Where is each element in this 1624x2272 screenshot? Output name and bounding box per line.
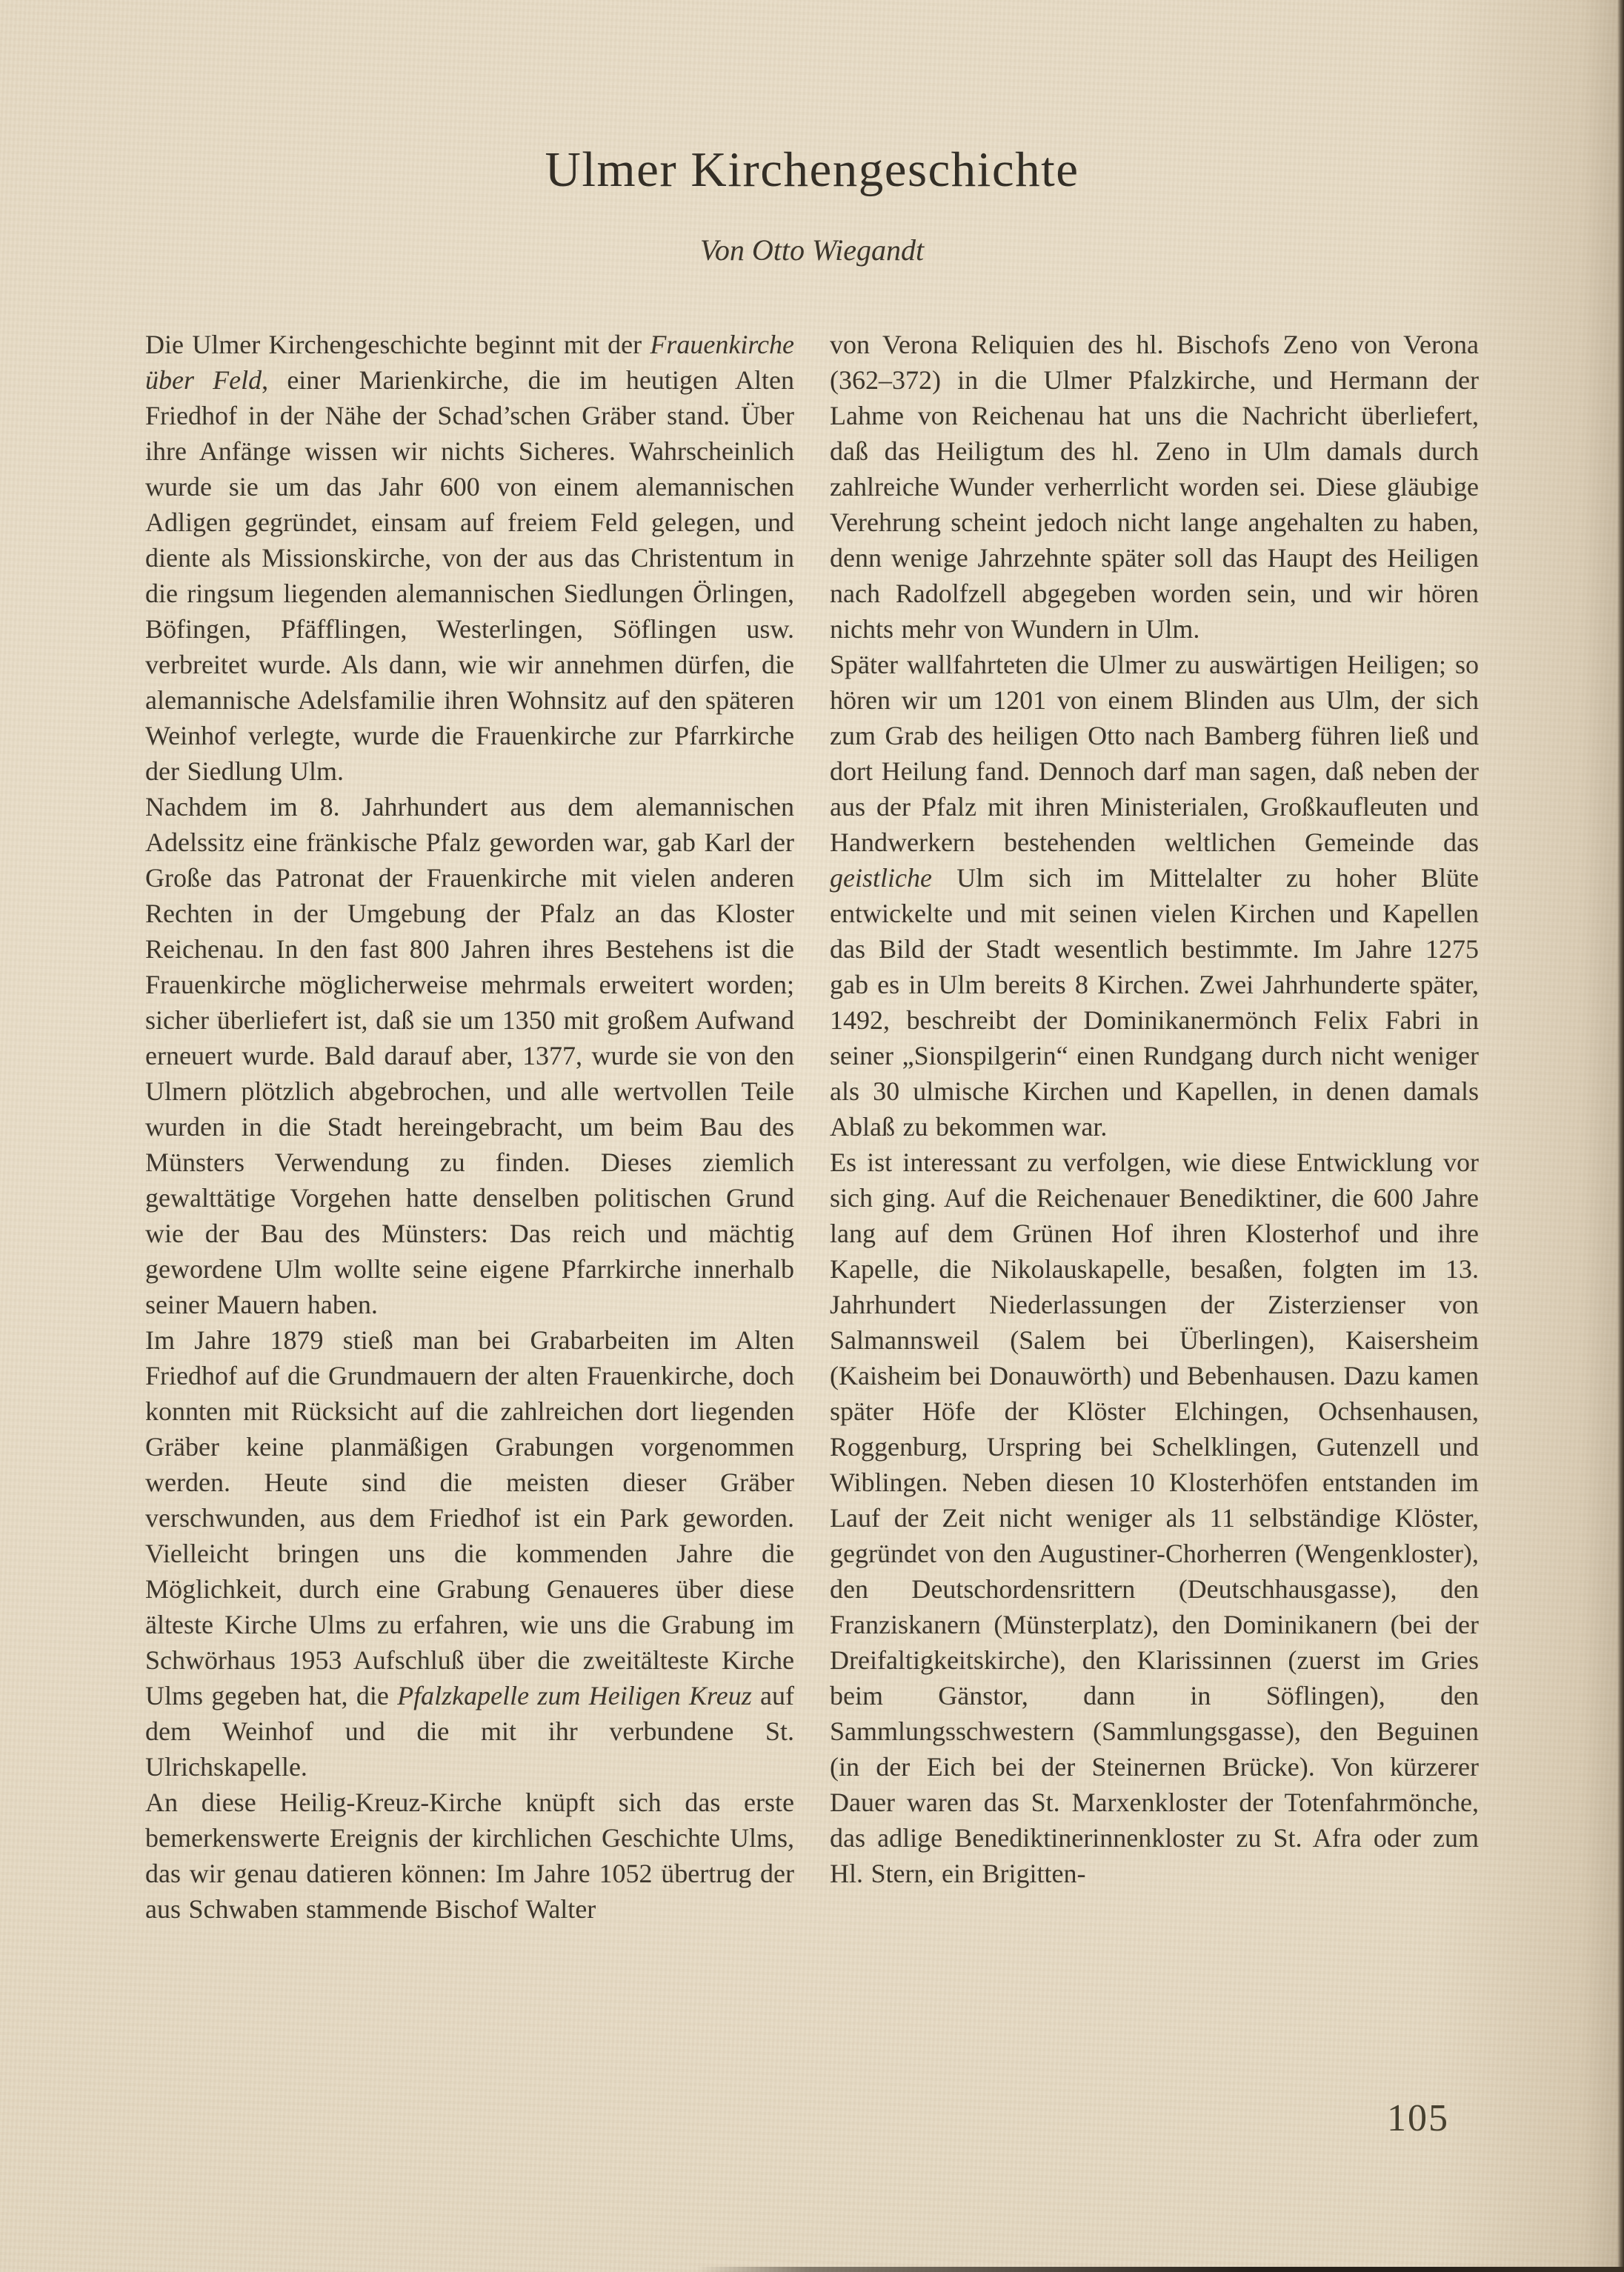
paragraph: Es ist interessant zu verfolgen, wie die…	[830, 1145, 1479, 1891]
body-text: Nachdem im 8. Jahrhundert aus dem aleman…	[145, 792, 794, 1319]
italic-text: Pfalzkapelle zum Heiligen Kreuz	[397, 1681, 752, 1710]
body-text: Es ist interessant zu verfolgen, wie die…	[830, 1147, 1479, 1888]
body-text: , einer Marienkirche, die im heutigen Al…	[145, 365, 794, 786]
paragraph: An diese Heilig-Kreuz-Kirche knüpft sich…	[145, 1785, 794, 1927]
italic-text: geistliche	[830, 863, 932, 893]
scan-edge-right	[1617, 0, 1624, 2272]
text-column-left: Die Ulmer Kirchengeschichte beginnt mit …	[145, 327, 794, 1927]
body-text: Ulm sich im Mittelalter zu hoher Blüte e…	[830, 863, 1479, 1142]
paragraph: von Verona Reliquien des hl. Bischofs Ze…	[830, 327, 1479, 647]
body-text: von Verona Reliquien des hl. Bischofs Ze…	[830, 330, 1479, 644]
body-text: Später wallfahrteten die Ulmer zu auswär…	[830, 650, 1479, 857]
text-column-right: von Verona Reliquien des hl. Bischofs Ze…	[830, 327, 1479, 1891]
page-number: 105	[1387, 2099, 1449, 2138]
paragraph: Im Jahre 1879 stieß man bei Grabarbeiten…	[145, 1322, 794, 1785]
scan-edge-bottom	[696, 2267, 1624, 2272]
body-text: Im Jahre 1879 stieß man bei Grabarbeiten…	[145, 1325, 794, 1710]
byline: Von Otto Wiegandt	[0, 234, 1624, 267]
paragraph: Später wallfahrteten die Ulmer zu auswär…	[830, 647, 1479, 1145]
paragraph: Nachdem im 8. Jahrhundert aus dem aleman…	[145, 789, 794, 1322]
page-title: Ulmer Kirchengeschichte	[0, 144, 1624, 196]
paragraph: Die Ulmer Kirchengeschichte beginnt mit …	[145, 327, 794, 789]
body-text: An diese Heilig-Kreuz-Kirche knüpft sich…	[145, 1788, 794, 1924]
body-text: Die Ulmer Kirchengeschichte beginnt mit …	[145, 330, 650, 359]
scanned-book-page: Ulmer Kirchengeschichte Von Otto Wiegand…	[0, 0, 1624, 2272]
